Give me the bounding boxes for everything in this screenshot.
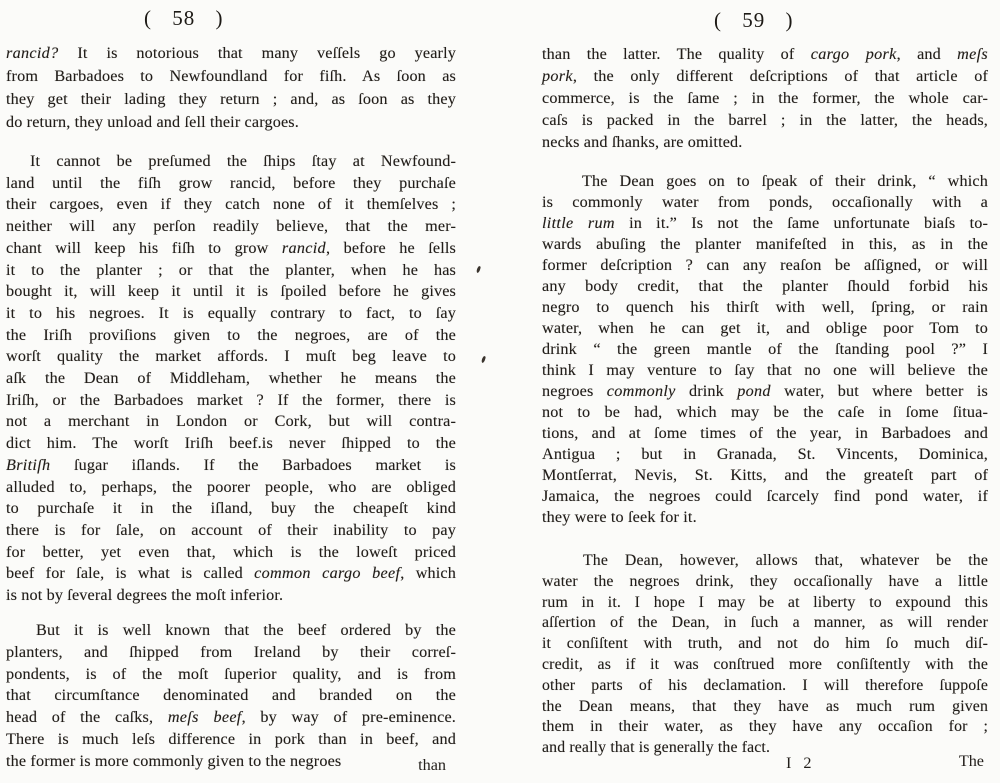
signature-mark: I 2 [786,754,816,773]
paragraph: than the latter. The quality of cargo po… [542,43,988,153]
page-number-heading-59: ( 59 ) [714,8,794,33]
text-line: planters, and ſhipped from Ireland by th… [6,642,456,664]
paragraph: rancid? It is notorious that many veſſel… [6,42,456,134]
text-line: other parts of his declamation. I will t… [542,676,988,697]
text-line: pondents, is of the moſt ſuperior qualit… [6,664,456,686]
text-line: them in their water, as they have any oc… [542,717,988,738]
book-page-58: ( 58 ) rancid? It is notorious that many… [6,0,456,783]
paragraph: The Dean goes on to ſpeak of their drink… [542,171,988,528]
text-line: Montſerrat, Nevis, St. Kitts, and the gr… [542,465,988,486]
text-line: dict him. The worſt Iriſh beef.is never … [6,433,456,455]
text-line: any body credit, that the planter ſhould… [542,276,988,297]
text-line: rum in it. I hope I may be at liberty to… [542,593,988,614]
text-line: aſk the Dean of Middleham, whether he me… [6,368,456,390]
text-line: alluded to, perhaps, the poorer people, … [6,477,456,499]
text-line: wards abuſing the planter manifeſted in … [542,234,988,255]
text-line: than the latter. The quality of cargo po… [542,43,988,65]
paragraph: But it is well known that the beef order… [6,620,456,773]
text-line: the Iriſh proviſions given to the negroe… [6,325,456,347]
text-line: pork, the only different deſcriptions of… [542,65,988,87]
text-line: their cargoes, even if they catch none o… [6,194,456,216]
catchword-row: than [6,756,456,775]
page-number-heading-58: ( 58 ) [144,6,224,31]
catchword: The [959,752,984,771]
text-line: Antigua ; but in Granada, St. Vincents, … [542,444,988,465]
text-line: think I may venture to ſay that no one w… [542,360,988,381]
text-line: they get their lading they return ; and,… [6,88,456,111]
text-line: neither will any perſon readily believe,… [6,216,456,238]
text-line: The Dean, however, allows that, whatever… [542,551,988,572]
text-line: caſs is packed in the barrel ; in the la… [542,109,988,131]
text-line: negroes commonly drink pond water, but w… [542,381,988,402]
text-line: to purchaſe it in the iſland, buy the ch… [6,498,456,520]
page-footer-row: I 2 The [542,752,988,776]
text-line: for better, yet even that, which is the … [6,542,456,564]
book-page-59: ( 59 ) than the latter. The quality of c… [542,0,988,783]
text-line: worſt quality the market affords. I muſt… [6,346,456,368]
text-line: land until the fiſh grow rancid, before … [6,173,456,195]
text-line: The Dean goes on to ſpeak of their drink… [542,171,988,192]
text-line: not a merchant in London or Cork, but wi… [6,411,456,433]
text-line: that circumſtance denominated and brande… [6,685,456,707]
text-line: it to the planter ; or that the planter,… [6,260,456,282]
text-line: tions, and at ſome times of the year, in… [542,423,988,444]
text-line: aſſertion of the Dean, in ſuch a manner,… [542,613,988,634]
text-line: drink “ the green mantle of the ſtanding… [542,339,988,360]
text-line: it to his negroes. It is equally contrar… [6,303,456,325]
text-line: commerce, is the ſame ; in the former, t… [542,87,988,109]
text-line: bought it, will keep it until it is ſpoi… [6,281,456,303]
text-line: It cannot be preſumed the ſhips ſtay at … [6,151,456,173]
text-line: necks and ſhanks, are omitted. [542,131,988,153]
text-line: from Barbadoes to Newfoundland for fiſh.… [6,65,456,88]
text-line: There is much leſs difference in pork th… [6,729,456,751]
text-line: is commonly water from ponds, occaſional… [542,192,988,213]
text-line: they were to ſeek for it. [542,507,988,528]
text-line: there is for ſale, on account of their i… [6,520,456,542]
paragraph: The Dean, however, allows that, whatever… [542,551,988,759]
text-line: But it is well known that the beef order… [6,620,456,642]
text-line: beef for ſale, is what is called common … [6,563,456,585]
book-spread: ( 58 ) rancid? It is notorious that many… [0,0,1000,783]
catchword: than [418,756,446,774]
text-line: Iriſh, or the Barbadoes market ? If the … [6,390,456,412]
text-line: chant will keep his fiſh to grow rancid,… [6,238,456,260]
text-line: rancid? It is notorious that many veſſel… [6,42,456,65]
text-line: water the negroes drink, they occaſional… [542,572,988,593]
text-line: Jamaica, the negroes could ſcarcely find… [542,486,988,507]
text-line: water, when he can get it, and oblige po… [542,318,988,339]
text-line: the Dean means, that they have as much r… [542,697,988,718]
text-line: credit, as if it was conſtrued more conſ… [542,655,988,676]
text-line: it conſiſtent with truth, and not do him… [542,634,988,655]
text-line: former deſcription ? can any reaſon be a… [542,255,988,276]
text-line: Britiſh ſugar iſlands. If the Barbadoes … [6,455,456,477]
ink-speck [481,356,486,364]
text-line: do return, they unload and ſell their ca… [6,111,456,134]
text-line: not to be had, which may be the caſe in … [542,402,988,423]
text-line: head of the caſks, meſs beef, by way of … [6,707,456,729]
text-line: negro to quench his thirſt with well, ſp… [542,297,988,318]
text-line: little rum in it.” Is not the ſame unfor… [542,213,988,234]
ink-speck [476,266,481,274]
text-line: is not by ſeveral degrees the moſt infer… [6,585,456,607]
paragraph: It cannot be preſumed the ſhips ſtay at … [6,151,456,607]
